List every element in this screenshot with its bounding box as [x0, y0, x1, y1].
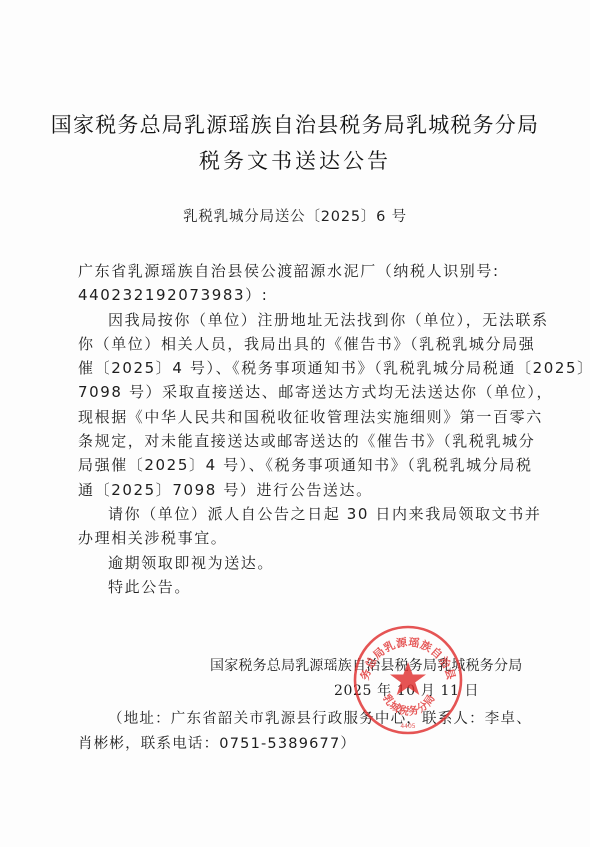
- body-line: 条规定，对未能直接送达或邮寄送达的《催告书》（乳税乳城分: [78, 429, 523, 453]
- contact-address: （地址：广东省韶关市乳源县行政服务中心，联系人：李卓、 肖彬彬，联系电话：075…: [78, 707, 528, 757]
- request-line2: 办理相关涉税事宜。: [78, 526, 523, 550]
- address-line2: 肖彬彬，联系电话：0751-5389677）: [78, 732, 528, 757]
- overdue-line: 逾期领取即视为送达。: [78, 551, 523, 575]
- document-body: 广东省乳源瑶族自治县侯公渡韶源水泥厂（纳税人识别号: 4402321920739…: [78, 259, 523, 599]
- request-line1: 请你（单位）派人自公告之日起 30 日内来我局领取文书并: [78, 502, 523, 526]
- document-title-line1: 国家税务总局乳源瑶族自治县税务局乳城税务分局: [0, 109, 590, 139]
- body-line: 通〔2025〕7098 号）进行公告送达。: [78, 478, 523, 502]
- document-number: 乳税乳城分局送公〔2025〕6 号: [0, 205, 590, 226]
- addressee-line1: 广东省乳源瑶族自治县侯公渡韶源水泥厂（纳税人识别号:: [78, 259, 523, 283]
- closing-line: 特此公告。: [78, 575, 523, 599]
- addressee-line2: 440232192073983）:: [78, 283, 523, 307]
- body-line: 现根据《中华人民共和国税收征收管理法实施细则》第一百零六: [78, 405, 523, 429]
- issue-date: 2025 年 10 月 11 日: [334, 680, 479, 700]
- document-page: 国家税务总局乳源瑶族自治县税务局乳城税务分局 税务文书送达公告 乳税乳城分局送公…: [0, 0, 590, 847]
- body-line: 催〔2025〕4 号）、《税务事项通知书》（乳税乳城分局税通〔2025〕: [78, 356, 523, 380]
- address-line1: （地址：广东省韶关市乳源县行政服务中心，联系人：李卓、: [78, 707, 528, 732]
- body-line: 7098 号）采取直接送达、邮寄送达方式均无法送达你（单位），: [78, 380, 523, 404]
- body-line: 因我局按你（单位）注册地址无法找到你（单位），无法联系: [78, 308, 523, 332]
- signature-issuer: 国家税务总局乳源瑶族自治县税务局乳城税务分局: [210, 655, 522, 675]
- body-line: 局强催〔2025〕4 号）、《税务事项通知书》（乳税乳城分局税: [78, 453, 523, 477]
- document-title-line2: 税务文书送达公告: [0, 145, 590, 175]
- body-line: 你（单位）相关人员，我局出具的《催告书》（乳税乳城分局强: [78, 332, 523, 356]
